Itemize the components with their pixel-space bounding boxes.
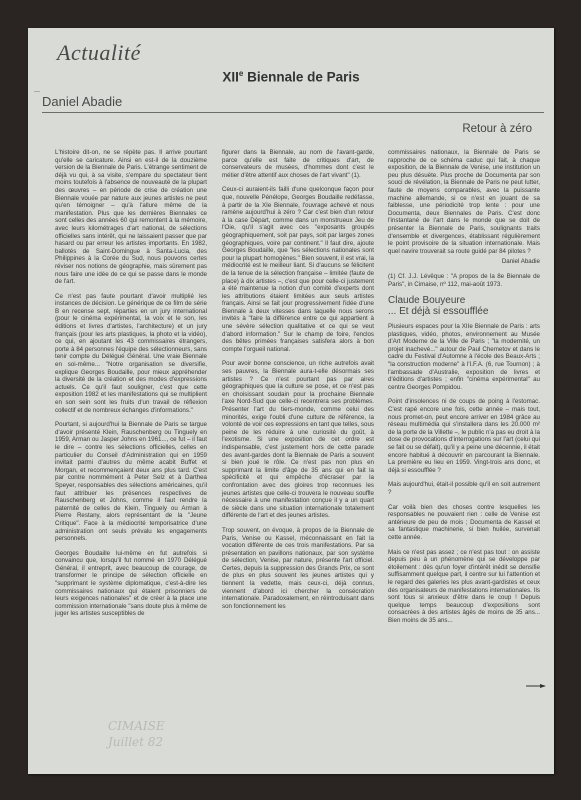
second-article-author: Claude Bouyeure — [388, 295, 540, 306]
title-text: Biennale de Paris — [243, 70, 359, 85]
handwritten-line: Juillet 82 — [108, 734, 165, 750]
paragraph: L'histoire dit-on, ne se répète pas. Il … — [55, 149, 207, 286]
signature: Daniel Abadie — [388, 258, 540, 266]
text-column-3: commissaires nationaux, la Biennale de P… — [388, 149, 540, 631]
paragraph: Car voilà bien des choses contre lesquel… — [388, 504, 540, 542]
paragraph: Mais ce n'est pas assez ; ce n'est pas t… — [388, 549, 540, 625]
margin-mark — [34, 91, 40, 92]
paragraph: Ce n'est pas faute pourtant d'avoir mult… — [55, 293, 207, 415]
paragraph: figurer dans la Biennale, au nom de l'av… — [222, 149, 374, 179]
text-column-2: figurer dans la Biennale, au nom de l'av… — [222, 149, 374, 617]
second-article-title: ... Et déjà si essoufflée — [388, 306, 540, 317]
handwritten-annotation: CIMAISE Juillet 82 — [108, 718, 165, 750]
text-column-1: L'histoire dit-on, ne se répète pas. Il … — [55, 149, 207, 625]
footnote: (1) Cf. J.J. Lévêque : "A propos de la 8… — [388, 273, 540, 288]
article-title: XIIe Biennale de Paris — [28, 69, 554, 85]
arrow-right-icon — [526, 684, 546, 688]
paragraph: Plusieurs espaces pour la XIIe Biennale … — [388, 323, 540, 391]
paragraph: Mais aujourd'hui, était-il possible qu'i… — [388, 481, 540, 496]
paragraph: Pour avoir bonne conscience, un riche au… — [222, 360, 374, 519]
header-rule — [42, 112, 544, 113]
section-label: Actualité — [57, 40, 141, 66]
paragraph: Georges Boudaille lui-même en fut autref… — [55, 550, 207, 618]
paragraph: Pourtant, si aujourd'hui la Biennale de … — [55, 421, 207, 543]
article-subtitle: Retour à zéro — [462, 123, 532, 135]
paragraph: Trop souvent, on évoque, à propos de la … — [222, 527, 374, 611]
title-numeral: XII — [222, 70, 239, 85]
paragraph: Point d'insolences ni de coups de poing … — [388, 398, 540, 474]
article-author: Daniel Abadie — [42, 94, 122, 109]
document-page: Actualité XIIe Biennale de Paris Daniel … — [28, 28, 554, 774]
handwritten-line: CIMAISE — [108, 718, 165, 734]
paragraph: commissaires nationaux, la Biennale de P… — [388, 149, 540, 255]
paragraph: Ceux-ci auraient-ils failli d'une quelco… — [222, 186, 374, 353]
